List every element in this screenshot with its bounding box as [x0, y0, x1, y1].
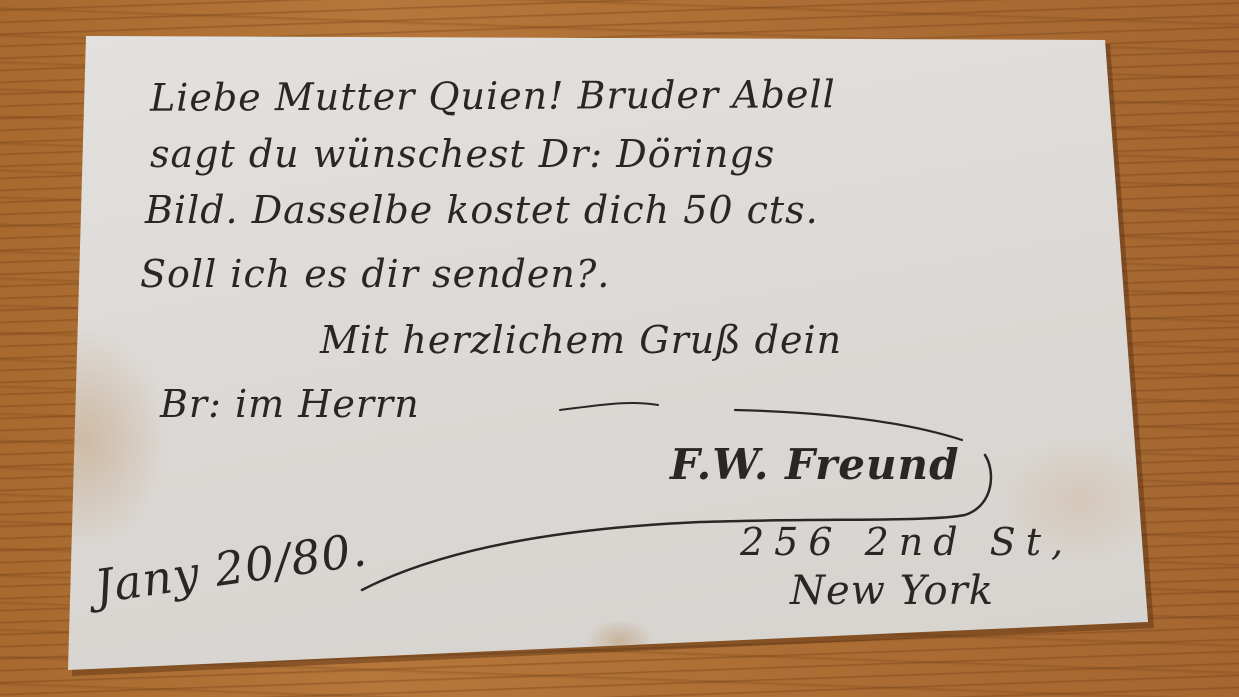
signature-flourish: [0, 0, 1239, 697]
postcard: Liebe Mutter Quien! Bruder Abell sagt du…: [0, 0, 1239, 697]
